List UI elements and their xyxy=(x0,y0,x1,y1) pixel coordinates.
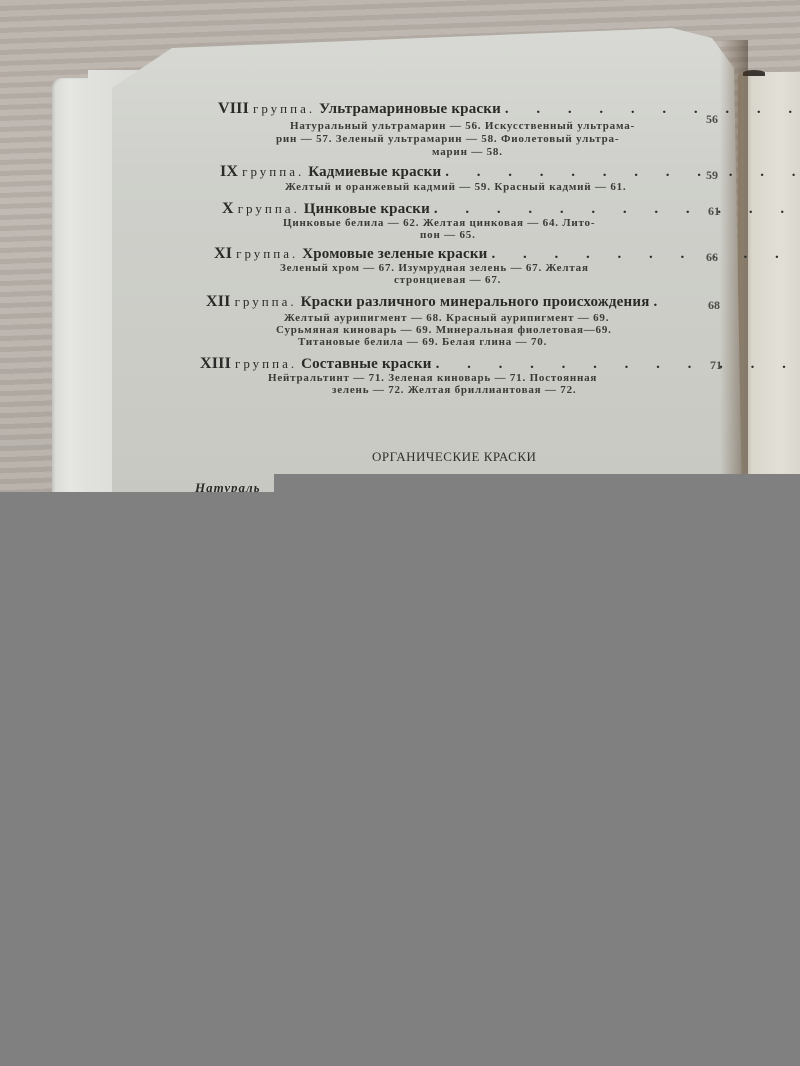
entry-title: Краски различного минерального происхожд… xyxy=(301,294,650,310)
leader-dots: . . . . . . . . . . . . xyxy=(491,246,800,262)
redaction-block xyxy=(274,474,800,494)
page-number: 59 xyxy=(706,168,718,183)
toc-entry-heading: XII группа. Краски различного минерально… xyxy=(206,293,669,311)
leader-dots: . xyxy=(654,294,670,310)
entry-subline: Нейтральтинт — 71. Зеленая киноварь — 71… xyxy=(268,372,597,384)
page-number: 71 xyxy=(710,358,722,373)
page-number: 68 xyxy=(708,298,720,313)
roman-numeral: XII xyxy=(206,293,231,310)
group-word: группа. xyxy=(253,101,315,116)
group-word: группа. xyxy=(236,246,298,261)
page-number: 66 xyxy=(706,250,718,265)
group-word: группа. xyxy=(235,294,297,309)
leader-dots: . . . . . . . . . . . . . xyxy=(445,164,800,180)
entry-subline: Желтый аурипигмент — 68. Красный аурипиг… xyxy=(284,312,609,324)
roman-numeral: XI xyxy=(214,245,232,262)
entry-subline: Цинковые белила — 62. Желтая цинковая — … xyxy=(283,217,595,229)
entry-title: Хромовые зеленые краски xyxy=(302,246,487,262)
entry-subline: Натуральный ультрамарин — 56. Искусствен… xyxy=(290,120,635,132)
group-word: группа. xyxy=(235,356,297,371)
entry-subline: Титановые белила — 69. Белая глина — 70. xyxy=(298,336,547,348)
entry-title: Кадмиевые краски xyxy=(308,164,441,180)
entry-subline: Зеленый хром — 67. Изумрудная зелень — 6… xyxy=(280,262,589,274)
roman-numeral: X xyxy=(222,200,234,217)
page-number: 56 xyxy=(706,112,718,127)
entry-subline: Желтый и оранжевый кадмий — 59. Красный … xyxy=(285,181,626,193)
roman-numeral: IX xyxy=(220,163,238,180)
entry-subline: стронциевая — 67. xyxy=(394,274,501,286)
leader-dots: . . . . . . . . . . . . . . xyxy=(434,201,800,217)
entry-subline: пон — 65. xyxy=(420,229,476,241)
entry-subline: Сурьмяная киноварь — 69. Минеральная фио… xyxy=(276,324,612,336)
group-word: группа. xyxy=(238,201,300,216)
section-heading: ОРГАНИЧЕСКИЕ КРАСКИ xyxy=(372,449,536,465)
group-word: группа. xyxy=(242,164,304,179)
entry-subline: зелень — 72. Желтая бриллиантовая — 72. xyxy=(332,384,576,396)
leader-dots: . . . . . . . . . . . xyxy=(505,101,800,117)
entry-title: Составные краски xyxy=(301,356,432,372)
entry-subline: марин — 58. xyxy=(432,146,503,158)
leader-dots: . . . . . . . . . . . . . . . xyxy=(436,356,800,372)
entry-title: Цинковые краски xyxy=(304,201,430,217)
entry-subline: рин — 57. Зеленый ультрамарин — 58. Фиол… xyxy=(276,133,619,145)
redaction-block xyxy=(0,492,800,1066)
roman-numeral: VIII xyxy=(218,100,249,117)
roman-numeral: XIII xyxy=(200,355,231,372)
table-of-contents: VIII группа. Ультрамариновые краски . . … xyxy=(0,0,800,500)
entry-title: Ультрамариновые краски xyxy=(319,101,501,117)
page-number: 61 xyxy=(708,204,720,219)
